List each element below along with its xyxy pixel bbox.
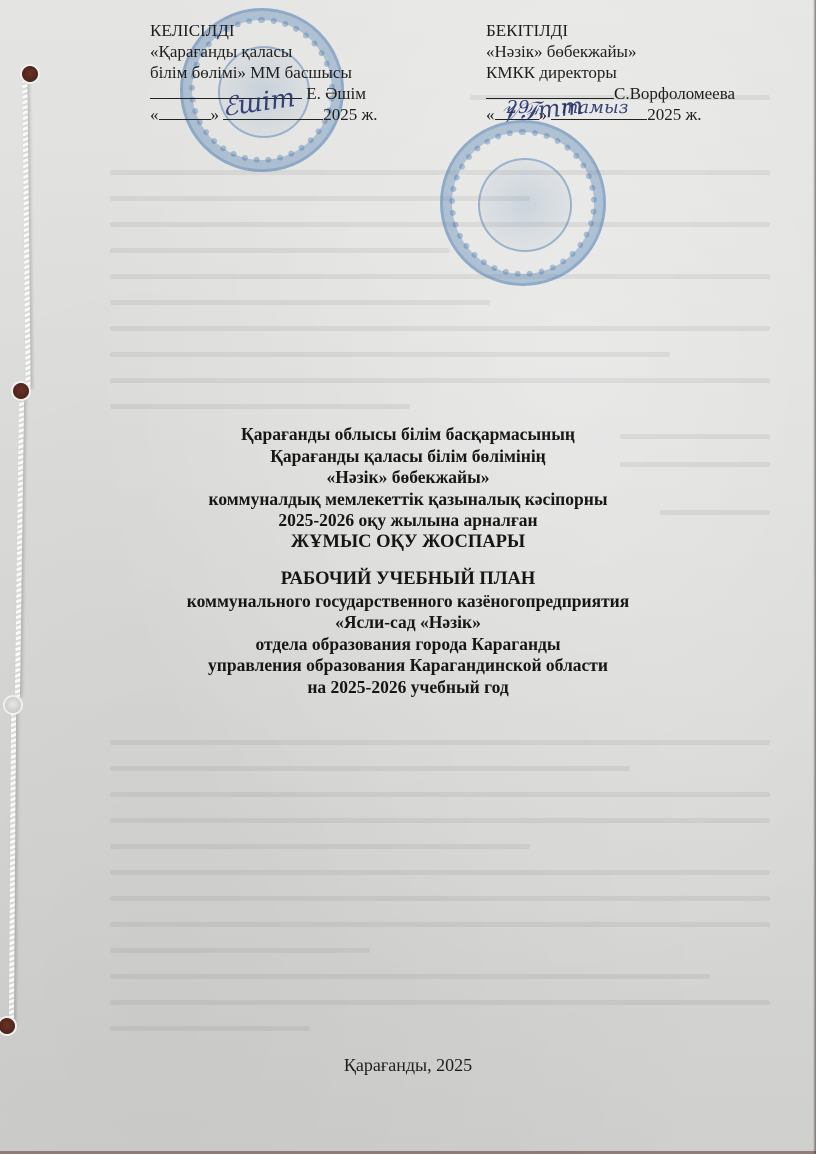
approval-left-heading: КЕЛІСІЛДІ xyxy=(150,20,378,41)
approval-right-signer: С.Ворфоломеева xyxy=(614,84,735,103)
title-kk-line: Қарағанды қаласы білім бөлімінің xyxy=(0,446,816,468)
stamp-right-seal-icon xyxy=(440,120,606,286)
approval-left-year: 2025 ж. xyxy=(323,105,377,124)
quote-close: » xyxy=(211,105,220,124)
title-ru-line: отдела образования города Караганды xyxy=(0,634,816,656)
title-ru-line: коммунального государственного казёногоп… xyxy=(0,591,816,613)
approval-right-org-line-1: «Нәзік» бөбекжайы» xyxy=(486,41,735,62)
approval-right-heading: БЕКІТІЛДІ xyxy=(486,20,735,41)
title-kazakh: Қарағанды облысы білім басқармасының Қар… xyxy=(0,424,816,553)
date-day-blank xyxy=(159,105,211,120)
title-kk-line: коммуналдық мемлекеттік қазыналық кәсіпо… xyxy=(0,489,816,511)
quote-open: « xyxy=(150,105,159,124)
title-ru-line: управления образования Карагандинской об… xyxy=(0,655,816,677)
binding-hole-icon xyxy=(13,383,29,399)
title-kk-line: «Нәзік» бөбекжайы» xyxy=(0,467,816,489)
title-ru-heading: РАБОЧИЙ УЧЕБНЫЙ ПЛАН xyxy=(0,569,816,591)
title-russian: РАБОЧИЙ УЧЕБНЫЙ ПЛАН коммунального госуд… xyxy=(0,569,816,698)
approval-right-year: 2025 ж. xyxy=(647,105,701,124)
title-ru-line: «Ясли-сад «Нәзік» xyxy=(0,612,816,634)
approval-left-org-line-2: білім бөлімі» ММ басшысы xyxy=(150,62,378,83)
binding-hole-icon xyxy=(5,697,21,713)
binding-hole-icon xyxy=(22,66,38,82)
title-kk-heading: ЖҰМЫС ОҚУ ЖОСПАРЫ xyxy=(0,532,816,554)
title-kk-line: Қарағанды облысы білім басқармасының xyxy=(0,424,816,446)
quote-open: « xyxy=(486,105,495,124)
title-kk-line: 2025-2026 оқу жылына арналған xyxy=(0,510,816,532)
footer-place-year: Қарағанды, 2025 xyxy=(0,1055,816,1076)
approval-left-org-line-1: «Қарағанды қаласы xyxy=(150,41,378,62)
approval-right-org-line-2: КМКК директоры xyxy=(486,62,735,83)
approval-left-signer: Е. Әшім xyxy=(306,84,366,103)
title-ru-line: на 2025-2026 учебный год xyxy=(0,677,816,699)
